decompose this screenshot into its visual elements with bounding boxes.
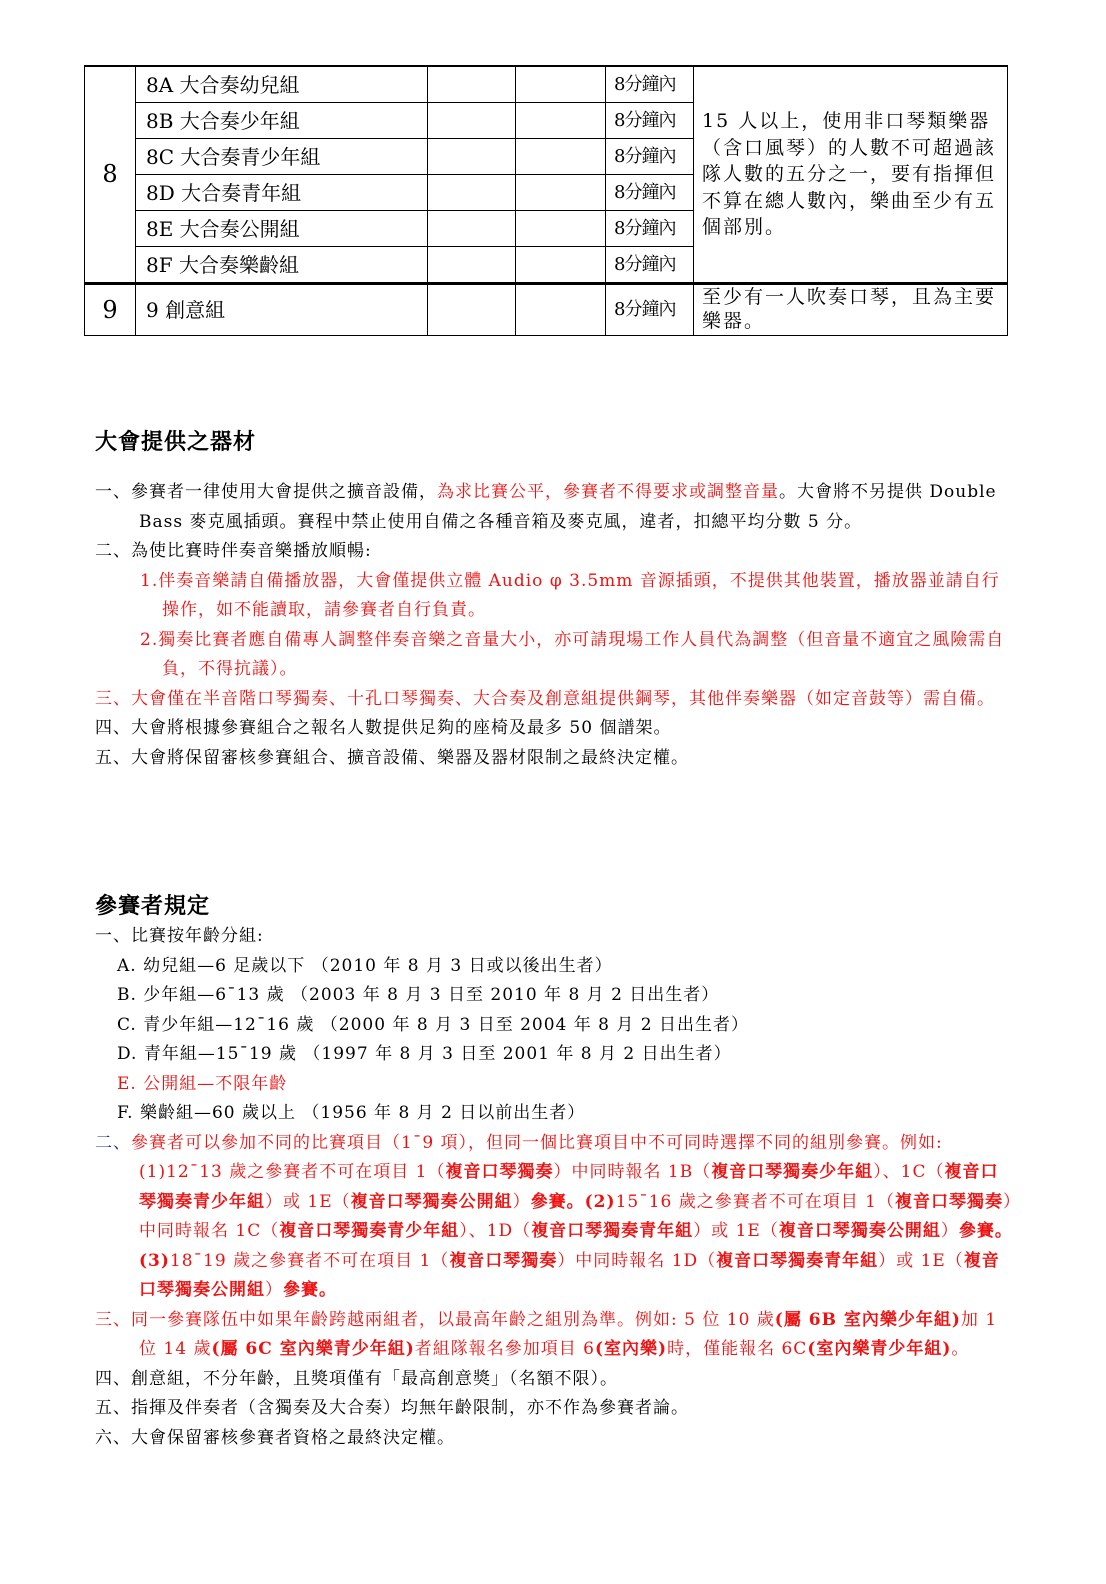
category-name: 8A 大合奏幼兒組	[136, 66, 428, 103]
list-item: 五、大會將保留審核參賽組合、擴音設備、樂器及器材限制之最終決定權。	[95, 744, 1015, 774]
rule-text-bold: (室內樂青少年組)	[807, 1339, 951, 1359]
subitem-text: 獨奏比賽者應自備專人調整伴奏音樂之音量大小，亦可請現場工作人員代為調整（但音量不…	[158, 630, 1004, 680]
empty-cell	[516, 247, 606, 284]
empty-cell	[516, 139, 606, 175]
rule-text-bold: 複音口琴獨奏少年組	[711, 1162, 873, 1182]
item-text: 大會僅在半音階口琴獨奏、十孔口琴獨奏、大合奏及創意組提供鋼琴，其他伴奏樂器（如定…	[131, 689, 995, 709]
list-item: 二、為使比賽時伴奏音樂播放順暢:	[95, 537, 1015, 567]
empty-cell	[428, 66, 516, 103]
empty-cell	[428, 284, 516, 336]
rule-text: ）	[941, 1221, 959, 1241]
section-title: 參賽者規定	[95, 892, 1015, 922]
rule-text: ）或 1E（	[878, 1251, 964, 1271]
rule-text: ）、1C（	[873, 1162, 944, 1182]
category-name: 9 創意組	[136, 284, 428, 336]
document-page: 8 8A 大合奏幼兒組 8分鐘內 15 人以上，使用非口琴類樂器（含口風琴）的人…	[0, 0, 1106, 1584]
item-marker: 一、	[95, 482, 131, 502]
category-name: 8F 大合奏樂齡組	[136, 247, 428, 284]
item-text-red: 為求比賽公平，參賽者不得要求或調整音量	[437, 482, 779, 502]
item-text: 為使比賽時伴奏音樂播放順暢:	[131, 541, 372, 561]
age-group-e: E. 公開組—不限年齡	[95, 1070, 1015, 1100]
rule-text: 同一參賽隊伍中如果年齡跨越兩組者，以最高年齡之組別為準。例如: 5 位 10 歲	[131, 1310, 775, 1330]
rule-text: ）	[265, 1280, 283, 1300]
time-limit: 8分鐘內	[606, 284, 694, 336]
item-text: 創意組，不分年齡，且獎項僅有「最高創意獎」（名額不限）。	[131, 1369, 618, 1389]
list-item: 五、指揮及伴奏者（含獨奏及大合奏）均無年齡限制，亦不作為參賽者論。	[95, 1394, 1015, 1424]
rule-text: ）或 1E（	[265, 1192, 351, 1212]
list-item: 二、參賽者可以參加不同的比賽項目（1¯9 項），但同一個比賽項目中不可同時選擇不…	[95, 1129, 1015, 1306]
rule-text: ）、1D（	[459, 1221, 531, 1241]
list-item: 三、同一參賽隊伍中如果年齡跨越兩組者，以最高年齡之組別為準。例如: 5 位 10…	[95, 1306, 1015, 1365]
empty-cell	[516, 211, 606, 247]
time-limit: 8分鐘內	[606, 103, 694, 139]
subitem-text: 伴奏音樂請自備播放器，大會僅提供立體 Audio φ 3.5mm 音源插頭，不提…	[158, 571, 1000, 621]
age-group-f: F. 樂齡組—60 歲以上 （1956 年 8 月 2 日以前出生者）	[95, 1099, 1015, 1129]
time-limit: 8分鐘內	[606, 247, 694, 284]
group8-note: 15 人以上，使用非口琴類樂器（含口風琴）的人數不可超過該隊人數的五分之一，要有…	[694, 66, 1008, 284]
item-marker: 一、	[95, 926, 131, 946]
item-text: 指揮及伴奏者（含獨奏及大合奏）均無年齡限制，亦不作為參賽者論。	[131, 1398, 689, 1418]
item-marker: 二、	[95, 1133, 131, 1153]
item-marker: 三、	[95, 1310, 131, 1330]
rule-text-bold: 複音口琴獨奏青年組	[531, 1221, 693, 1241]
item-text: 大會將根據參賽組合之報名人數提供足夠的座椅及最多 50 個譜架。	[131, 718, 671, 738]
sub-list-item: 1.伴奏音樂請自備播放器，大會僅提供立體 Audio φ 3.5mm 音源插頭，…	[95, 567, 1015, 626]
time-limit: 8分鐘內	[606, 175, 694, 211]
item-text: 參賽者一律使用大會提供之擴音設備，	[131, 482, 437, 502]
subitem-marker: 1.	[140, 571, 158, 591]
age-group-c: C. 青少年組—12¯16 歲 （2000 年 8 月 3 日至 2004 年 …	[95, 1011, 1015, 1041]
empty-cell	[428, 139, 516, 175]
rule-text: 。	[951, 1339, 969, 1359]
list-item: 一、比賽按年齡分組:	[95, 922, 1015, 952]
list-item: 一、參賽者一律使用大會提供之擴音設備，為求比賽公平，參賽者不得要求或調整音量。大…	[95, 478, 1015, 537]
empty-cell	[516, 66, 606, 103]
category-name: 8B 大合奏少年組	[136, 103, 428, 139]
rule-text: 時，僅能報名 6C	[667, 1339, 807, 1359]
rule-text-bold: 複音口琴獨奏	[445, 1162, 553, 1182]
section-title: 大會提供之器材	[95, 428, 1015, 458]
age-group-b: B. 少年組—6¯13 歲 （2003 年 8 月 3 日至 2010 年 8 …	[95, 981, 1015, 1011]
rule-text-bold: 複音口琴獨奏	[449, 1251, 557, 1271]
rule-text-bold: 複音口琴獨奏青少年組	[279, 1221, 459, 1241]
age-group-d: D. 青年組—15¯19 歲 （1997 年 8 月 3 日至 2001 年 8…	[95, 1040, 1015, 1070]
category-name: 8C 大合奏青少年組	[136, 139, 428, 175]
item-text: 比賽按年齡分組:	[131, 926, 264, 946]
item-marker: 三、	[95, 689, 131, 709]
rule-text-bold: (室內樂)	[595, 1339, 667, 1359]
rule-text: 15¯16 歲之參賽者不可在項目 1（	[616, 1192, 895, 1212]
empty-cell	[428, 175, 516, 211]
rule-text: 者組隊報名參加項目 6	[415, 1339, 595, 1359]
empty-cell	[428, 211, 516, 247]
item-marker: 五、	[95, 748, 131, 768]
list-item: 三、大會僅在半音階口琴獨奏、十孔口琴獨奏、大合奏及創意組提供鋼琴，其他伴奏樂器（…	[95, 685, 1015, 715]
list-item: 六、大會保留審核參賽者資格之最終決定權。	[95, 1424, 1015, 1454]
subitem-marker: 2.	[140, 630, 158, 650]
list-item: 四、大會將根據參賽組合之報名人數提供足夠的座椅及最多 50 個譜架。	[95, 714, 1015, 744]
empty-cell	[516, 284, 606, 336]
rule-text: ）	[513, 1192, 531, 1212]
rule-text-bold: 複音口琴獨奏青年組	[716, 1251, 878, 1271]
table-row: 9 9 創意組 8分鐘內 至少有一人吹奏口琴，且為主要樂器。	[85, 284, 1008, 336]
item-text: 大會保留審核參賽者資格之最終決定權。	[131, 1428, 455, 1448]
competition-table: 8 8A 大合奏幼兒組 8分鐘內 15 人以上，使用非口琴類樂器（含口風琴）的人…	[84, 65, 1008, 336]
time-limit: 8分鐘內	[606, 211, 694, 247]
participants-section: 參賽者規定 一、比賽按年齡分組: A. 幼兒組—6 足歲以下 （2010 年 8…	[95, 892, 1015, 1453]
list-item: 四、創意組，不分年齡，且獎項僅有「最高創意獎」（名額不限）。	[95, 1365, 1015, 1395]
rule-text: ）中同時報名 1D（	[557, 1251, 716, 1271]
rule-text: ）中同時報名 1B（	[553, 1162, 711, 1182]
rule-text-bold: 複音口琴獨奏公開組	[779, 1221, 941, 1241]
item-number: 8	[85, 66, 136, 284]
rule-text: ）或 1E（	[693, 1221, 779, 1241]
item-marker: 六、	[95, 1428, 131, 1448]
rule-text-bold: 複音口琴獨奏公開組	[351, 1192, 513, 1212]
sub-list-item: 2.獨奏比賽者應自備專人調整伴奏音樂之音量大小，亦可請現場工作人員代為調整（但音…	[95, 626, 1015, 685]
rule-text-bold: 參賽。	[283, 1280, 337, 1300]
time-limit: 8分鐘內	[606, 139, 694, 175]
rule-text-bold: (屬 6B 室內樂少年組)	[775, 1310, 961, 1330]
empty-cell	[516, 103, 606, 139]
category-name: 8E 大合奏公開組	[136, 211, 428, 247]
category-name: 8D 大合奏青年組	[136, 175, 428, 211]
table-row: 8 8A 大合奏幼兒組 8分鐘內 15 人以上，使用非口琴類樂器（含口風琴）的人…	[85, 66, 1008, 103]
rule-text-bold: 參賽。(2)	[531, 1192, 616, 1212]
empty-cell	[428, 103, 516, 139]
item-marker: 四、	[95, 718, 131, 738]
time-limit: 8分鐘內	[606, 66, 694, 103]
item-marker: 五、	[95, 1398, 131, 1418]
group9-note: 至少有一人吹奏口琴，且為主要樂器。	[694, 284, 1008, 336]
item-marker: 四、	[95, 1369, 131, 1389]
item-number: 9	[85, 284, 136, 336]
rule-text-bold: 複音口琴獨奏	[895, 1192, 1003, 1212]
rule-text-bold: (屬 6C 室內樂青少年組)	[211, 1339, 414, 1359]
equipment-section: 大會提供之器材 一、參賽者一律使用大會提供之擴音設備，為求比賽公平，參賽者不得要…	[95, 428, 1015, 773]
rule-text: 18¯19 歲之參賽者不可在項目 1（	[170, 1251, 449, 1271]
age-group-a: A. 幼兒組—6 足歲以下 （2010 年 8 月 3 日或以後出生者）	[95, 952, 1015, 982]
item-marker: 二、	[95, 541, 131, 561]
empty-cell	[516, 175, 606, 211]
empty-cell	[428, 247, 516, 284]
item-text: 大會將保留審核參賽組合、擴音設備、樂器及器材限制之最終決定權。	[131, 748, 689, 768]
